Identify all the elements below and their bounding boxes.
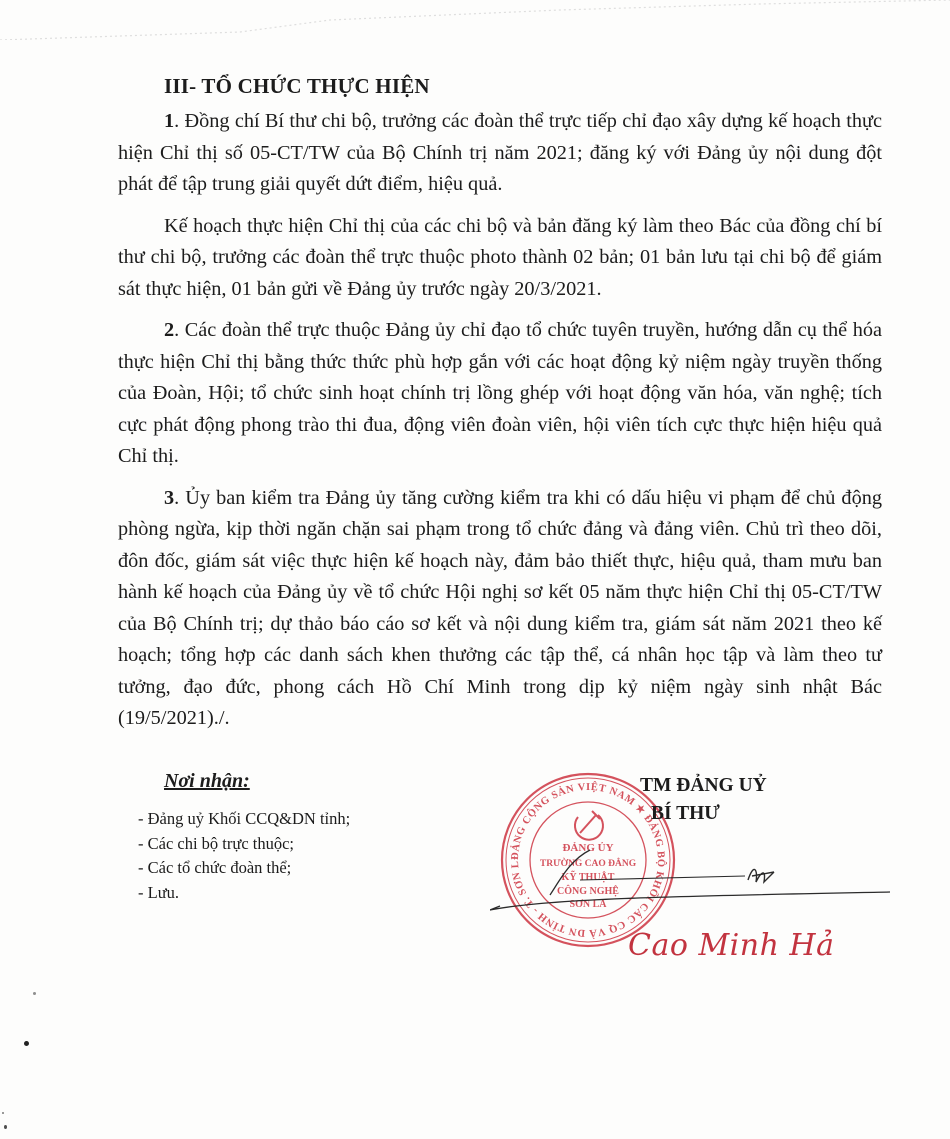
recipients-list: - Đảng uỷ Khối CCQ&DN tỉnh; - Các chi bộ… bbox=[138, 807, 350, 905]
signer-title: TM ĐẢNG UỶ bbox=[640, 772, 767, 800]
signer-name: Cao Minh Hả bbox=[628, 928, 834, 963]
scan-speck bbox=[2, 1112, 4, 1114]
scan-speck bbox=[4, 1125, 7, 1129]
paragraph-3: 3. Ủy ban kiểm tra Đảng ủy tăng cường ki… bbox=[118, 483, 882, 735]
recipient-item: - Lưu. bbox=[138, 881, 350, 906]
recipients-block: Nơi nhận: - Đảng uỷ Khối CCQ&DN tỉnh; - … bbox=[138, 770, 350, 905]
paragraph-2: 2. Các đoàn thể trực thuộc Đảng ủy chỉ đ… bbox=[118, 315, 882, 473]
recipient-item: - Đảng uỷ Khối CCQ&DN tỉnh; bbox=[138, 807, 350, 832]
stamp-center-line: TRƯỜNG CAO ĐẲNG bbox=[540, 856, 637, 869]
paragraphs: 1. Đồng chí Bí thư chi bộ, trưởng các đo… bbox=[118, 106, 882, 735]
stamp-center-line: CÔNG NGHỆ bbox=[557, 884, 619, 897]
document-page: III- TỔ CHỨC THỰC HIỆN 1. Đồng chí Bí th… bbox=[0, 0, 950, 1139]
paragraph-1: 1. Đồng chí Bí thư chi bộ, trưởng các đo… bbox=[118, 106, 882, 201]
recipient-item: - Các chi bộ trực thuộc; bbox=[138, 832, 350, 857]
scan-speck bbox=[24, 1041, 29, 1046]
signer-position: BÍ THƯ bbox=[604, 800, 767, 828]
scan-speck bbox=[33, 992, 36, 995]
scan-edge-line bbox=[0, 0, 950, 40]
signer-block: TM ĐẢNG UỶ BÍ THƯ bbox=[640, 772, 767, 828]
stamp-center-line: SƠN LA bbox=[570, 899, 608, 910]
recipient-item: - Các tổ chức đoàn thể; bbox=[138, 856, 350, 881]
stamp-center-line: ĐẢNG ỦY bbox=[562, 842, 613, 854]
hammer-sickle-icon bbox=[575, 811, 603, 840]
recipients-title: Nơi nhận: bbox=[164, 770, 350, 793]
document-body: III- TỔ CHỨC THỰC HIỆN 1. Đồng chí Bí th… bbox=[118, 74, 882, 745]
section-title: III- TỔ CHỨC THỰC HIỆN bbox=[164, 74, 882, 99]
paragraph-1b: Kế hoạch thực hiện Chỉ thị của các chi b… bbox=[118, 211, 882, 306]
stamp-center-line: KỸ THUẬT bbox=[562, 870, 615, 883]
